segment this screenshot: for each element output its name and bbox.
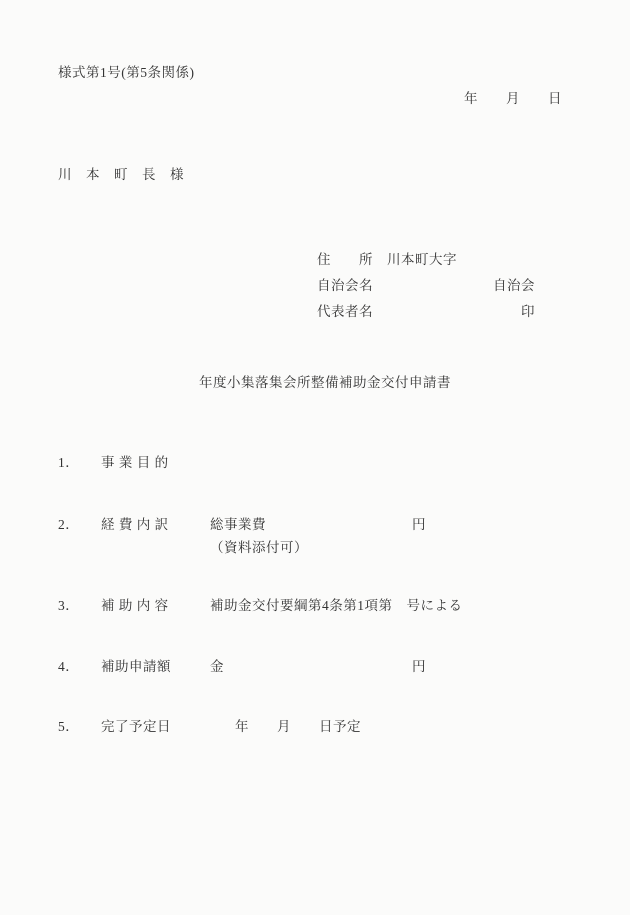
association-suffix: 自治会 (493, 273, 535, 299)
item-1-number: 1． (58, 454, 79, 472)
date-blank-line: 年 月 日 (464, 90, 562, 108)
item-4-yen-unit: 円 (412, 658, 426, 676)
association-name-label: 自治会名 (317, 273, 373, 299)
form-number: 様式第1号(第5条関係) (58, 64, 195, 82)
item-4-number: 4． (58, 658, 79, 676)
item-5-planned-date: 年 月 日予定 (235, 718, 361, 736)
item-1-label-business-purpose: 事 業 目 的 (101, 454, 169, 472)
representative-name-label: 代表者名 (317, 299, 373, 325)
item-2-yen-unit: 円 (412, 516, 426, 534)
item-5-label-completion-date: 完了予定日 (101, 718, 171, 736)
document-title: 年度小集落集会所整備補助金交付申請書 (199, 374, 451, 392)
item-3-number: 3． (58, 597, 79, 615)
applicant-association-line: 自治会名 自治会 (317, 273, 535, 299)
address-label-and-value: 住 所 川本町大字 (317, 247, 457, 273)
item-5-number: 5． (58, 718, 79, 736)
applicant-address-line: 住 所 川本町大字 (317, 247, 535, 273)
addressee-mayor: 川 本 町 長 様 (58, 166, 184, 184)
item-2-total-cost-label: 総事業費 (210, 516, 266, 534)
item-2-note-attachment: （資料添付可） (210, 539, 426, 557)
item-3-label-subsidy-content: 補 助 内 容 (101, 597, 169, 615)
application-form-page: 様式第1号(第5条関係) 年 月 日 川 本 町 長 様 住 所 川本町大字 自… (0, 0, 630, 915)
item-4-amount-prefix: 金 (210, 658, 224, 676)
item-2-number: 2． (58, 516, 79, 534)
item-4-label-application-amount: 補助申請額 (101, 658, 171, 676)
applicant-block: 住 所 川本町大字 自治会名 自治会 代表者名 印 (317, 247, 535, 325)
seal-mark: 印 (521, 299, 535, 325)
item-2-content-row: 総事業費 円 (210, 516, 426, 534)
applicant-representative-line: 代表者名 印 (317, 299, 535, 325)
item-2-label-expense-breakdown: 経 費 内 訳 (101, 516, 169, 534)
item-3-ordinance-reference: 補助金交付要綱第4条第1項第 号による (210, 597, 426, 615)
item-4-content-row: 金 円 (210, 658, 426, 676)
